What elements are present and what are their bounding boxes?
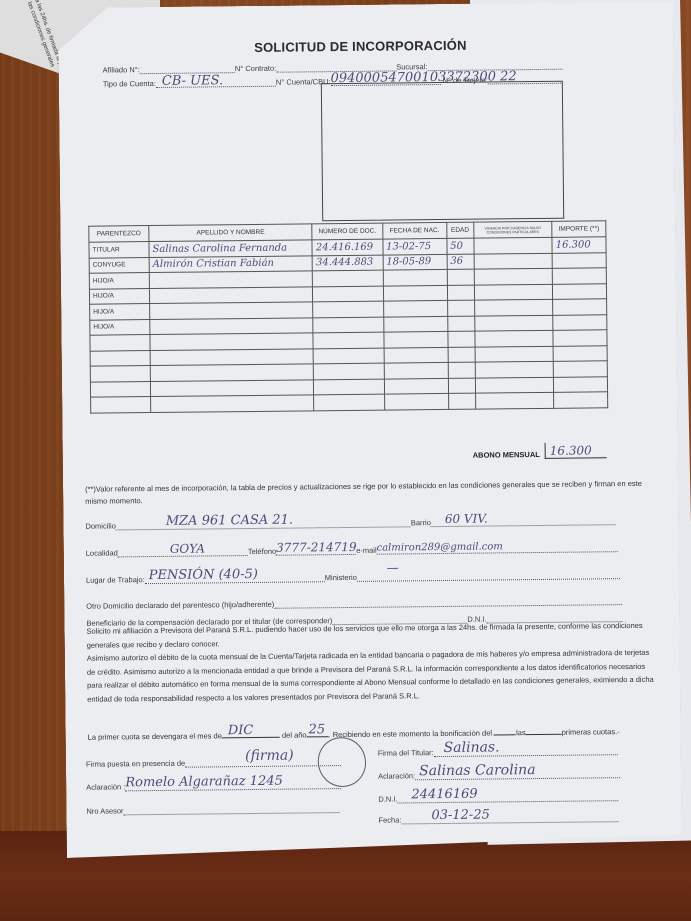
cell-nombre[interactable] bbox=[149, 271, 313, 288]
firma-presencia-label: Firma puesta en presencia de bbox=[86, 759, 185, 769]
aclaracion-left-label: Aclaración : bbox=[86, 782, 125, 791]
family-table: PARENTEZCO APELLIDO Y NOMBRE NÚMERO DE D… bbox=[88, 220, 608, 413]
cell-parentezco: HIJO/A bbox=[89, 273, 149, 289]
cell-parentezco bbox=[90, 381, 150, 397]
cell-edad[interactable] bbox=[447, 316, 474, 332]
otro-domicilio-field[interactable] bbox=[274, 596, 622, 609]
email-label: e-mail bbox=[356, 546, 377, 555]
cell-fecha-nac[interactable] bbox=[383, 300, 447, 316]
cell-parentezco bbox=[90, 335, 150, 351]
cell-vigencia[interactable] bbox=[475, 346, 554, 362]
anio-field[interactable]: 25 bbox=[307, 727, 329, 737]
cell-fecha-nac[interactable] bbox=[384, 362, 448, 378]
cell-nombre[interactable] bbox=[151, 395, 315, 412]
cell-fecha-nac[interactable] bbox=[384, 393, 448, 409]
cell-parentezco bbox=[90, 350, 150, 366]
cell-fecha-nac[interactable]: 18-05-89 bbox=[383, 254, 447, 270]
cell-vigencia[interactable] bbox=[474, 315, 553, 331]
cell-doc[interactable]: 34.444.883 bbox=[312, 255, 382, 271]
cell-edad[interactable] bbox=[447, 269, 474, 285]
cell-doc[interactable] bbox=[314, 379, 384, 395]
cell-importe[interactable] bbox=[554, 392, 608, 408]
cell-doc[interactable] bbox=[313, 270, 383, 286]
cell-importe[interactable] bbox=[554, 376, 608, 392]
lugar-trabajo-label: Lugar de Trabajo: bbox=[86, 575, 145, 585]
cell-fecha-nac[interactable] bbox=[384, 347, 448, 363]
cell-vigencia[interactable] bbox=[474, 284, 553, 300]
header-parentezco: PARENTEZCO bbox=[89, 226, 149, 243]
cell-vigencia[interactable] bbox=[475, 392, 554, 408]
cell-nombre[interactable] bbox=[150, 348, 314, 365]
cell-nombre[interactable] bbox=[150, 364, 314, 381]
cell-nombre[interactable] bbox=[150, 333, 314, 350]
cell-nombre[interactable] bbox=[150, 302, 314, 319]
tipo-cuenta-label: Tipo de Cuenta: bbox=[103, 79, 156, 89]
cell-edad[interactable] bbox=[448, 378, 475, 394]
cell-vigencia[interactable] bbox=[474, 299, 553, 315]
cell-fecha-nac[interactable] bbox=[383, 269, 447, 285]
cell-edad[interactable] bbox=[448, 393, 475, 409]
cell-parentezco: HIJO/A bbox=[89, 288, 149, 304]
cell-edad[interactable] bbox=[447, 300, 474, 316]
ministerio-field[interactable]: — bbox=[357, 570, 620, 582]
cell-vigencia[interactable] bbox=[475, 330, 554, 346]
cell-edad[interactable] bbox=[448, 362, 475, 378]
telefono-label: Teléfono bbox=[248, 547, 276, 556]
cell-importe[interactable] bbox=[553, 299, 607, 315]
ministerio-label: Ministerio bbox=[325, 573, 357, 582]
form-title: SOLICITUD DE INCORPORACIÓN bbox=[80, 36, 640, 57]
domicilio-field[interactable]: MZA 961 CASA 21. bbox=[116, 518, 411, 530]
cell-doc[interactable] bbox=[313, 348, 383, 364]
cell-importe[interactable] bbox=[553, 314, 607, 330]
cell-importe[interactable] bbox=[552, 268, 606, 284]
header-fecha-nac: FECHA DE NAC. bbox=[382, 222, 446, 239]
cell-vigencia[interactable] bbox=[474, 268, 553, 284]
cell-doc[interactable] bbox=[314, 363, 384, 379]
barrio-label: Barrio bbox=[411, 518, 431, 527]
cell-doc[interactable] bbox=[313, 286, 383, 302]
cell-doc[interactable] bbox=[313, 332, 383, 348]
cell-fecha-nac[interactable] bbox=[384, 378, 448, 394]
abono-mensual-field[interactable]: 16.300 bbox=[545, 442, 607, 459]
price-note: (**)Valor referente al mes de incorporac… bbox=[85, 478, 645, 508]
header-vigencia: VIGENCIA POR CARENCIA SALVO CONDICIONES … bbox=[473, 221, 552, 238]
cell-vigencia[interactable] bbox=[474, 237, 553, 253]
cell-importe[interactable] bbox=[553, 361, 607, 377]
localidad-label: Localidad bbox=[86, 548, 118, 557]
cell-nombre[interactable]: Almirón Cristian Fabián bbox=[149, 255, 313, 272]
domicilio-label: Domicilio bbox=[85, 521, 116, 530]
cell-doc[interactable] bbox=[314, 394, 384, 410]
dni-titular-field[interactable]: 24416169 bbox=[397, 792, 618, 803]
cell-doc[interactable]: 24.416.169 bbox=[312, 239, 382, 255]
abono-mensual-label: ABONO MENSUAL bbox=[473, 450, 540, 460]
cell-nombre[interactable]: Salinas Carolina Fernanda bbox=[149, 240, 313, 257]
dni-titular-label: D.N.I. bbox=[378, 794, 397, 803]
firma-titular-label: Firma del Titular: bbox=[378, 748, 434, 758]
cell-vigencia[interactable] bbox=[475, 361, 554, 377]
cell-fecha-nac[interactable]: 13-02-75 bbox=[383, 238, 447, 254]
cell-parentezco bbox=[91, 397, 151, 413]
cell-fecha-nac[interactable] bbox=[383, 316, 447, 332]
fecha-field[interactable]: 03-12-25 bbox=[401, 813, 618, 824]
nro-asesor-label: Nro Asesor bbox=[86, 806, 123, 815]
aclaracion-right-label: Aclaración: bbox=[378, 771, 415, 780]
firma-titular-field[interactable]: Salinas. bbox=[434, 746, 618, 757]
localidad-field[interactable]: GOYA bbox=[118, 547, 248, 557]
first-installment-line: La primer cuota se devengara el mes deDI… bbox=[88, 724, 658, 744]
cell-parentezco: HIJO/A bbox=[90, 319, 150, 335]
cell-parentezco: CONYUGE bbox=[89, 257, 149, 273]
header-edad: EDAD bbox=[446, 222, 473, 238]
cell-importe[interactable] bbox=[553, 330, 607, 346]
barrio-field[interactable]: 60 VIV. bbox=[431, 516, 616, 527]
cell-doc[interactable] bbox=[313, 301, 383, 317]
email-field[interactable]: calmiron289@gmail.com bbox=[377, 543, 618, 555]
header-nombre: APELLIDO Y NOMBRE bbox=[149, 224, 313, 242]
cell-importe[interactable] bbox=[553, 345, 607, 361]
cell-edad[interactable] bbox=[448, 331, 475, 347]
aclaracion-right-field[interactable]: Salinas Carolina bbox=[415, 769, 620, 780]
cell-doc[interactable] bbox=[313, 317, 383, 333]
cell-nombre[interactable] bbox=[150, 379, 314, 396]
header-doc: NÚMERO DE DOC. bbox=[312, 223, 382, 240]
fecha-label: Fecha: bbox=[378, 815, 401, 824]
cell-importe[interactable] bbox=[553, 283, 607, 299]
header-importe: IMPORTE (**) bbox=[552, 221, 606, 238]
cell-fecha-nac[interactable] bbox=[383, 285, 447, 301]
otro-domicilio-label: Otro Domicilio declarado del parentesco … bbox=[86, 600, 274, 611]
debit-authorization-text: Asimismo autorizo el débito de la cuota … bbox=[87, 646, 658, 706]
cell-edad[interactable] bbox=[447, 285, 474, 301]
cell-importe[interactable] bbox=[552, 252, 606, 268]
form-sheet: SOLICITUD DE INCORPORACIÓN Afiliado N°: … bbox=[58, 2, 682, 858]
cell-edad[interactable]: 36 bbox=[447, 254, 474, 270]
lugar-trabajo-field[interactable]: PENSIÓN (40-5) bbox=[145, 573, 325, 584]
cell-fecha-nac[interactable] bbox=[384, 331, 448, 347]
bonificacion-field[interactable] bbox=[494, 725, 516, 735]
cell-vigencia[interactable] bbox=[475, 377, 554, 393]
cell-importe[interactable]: 16.300 bbox=[552, 237, 606, 253]
nro-asesor-field[interactable] bbox=[123, 804, 339, 815]
afiliado-label: Afiliado N°: bbox=[103, 65, 140, 74]
cell-vigencia[interactable] bbox=[474, 253, 553, 269]
abono-mensual: ABONO MENSUAL 16.300 bbox=[473, 442, 607, 459]
cell-edad[interactable]: 50 bbox=[447, 238, 474, 254]
cell-parentezco: HIJO/A bbox=[90, 304, 150, 320]
cell-parentezco bbox=[90, 366, 150, 382]
contrato-label: N° Contrato: bbox=[235, 64, 276, 73]
cell-nombre[interactable] bbox=[149, 286, 313, 303]
photo-box bbox=[321, 81, 564, 222]
telefono-field[interactable]: 3777-214719 bbox=[276, 546, 356, 556]
cell-edad[interactable] bbox=[448, 347, 475, 363]
mes-field[interactable]: DIC bbox=[222, 728, 280, 739]
tipo-cuenta-field[interactable]: CB- UES. bbox=[156, 78, 276, 88]
las-field[interactable] bbox=[526, 725, 562, 735]
aclaracion-left-field[interactable]: Romelo Algarañaz 1245 bbox=[125, 780, 341, 791]
cell-parentezco: TITULAR bbox=[89, 242, 149, 258]
cell-nombre[interactable] bbox=[150, 317, 314, 334]
